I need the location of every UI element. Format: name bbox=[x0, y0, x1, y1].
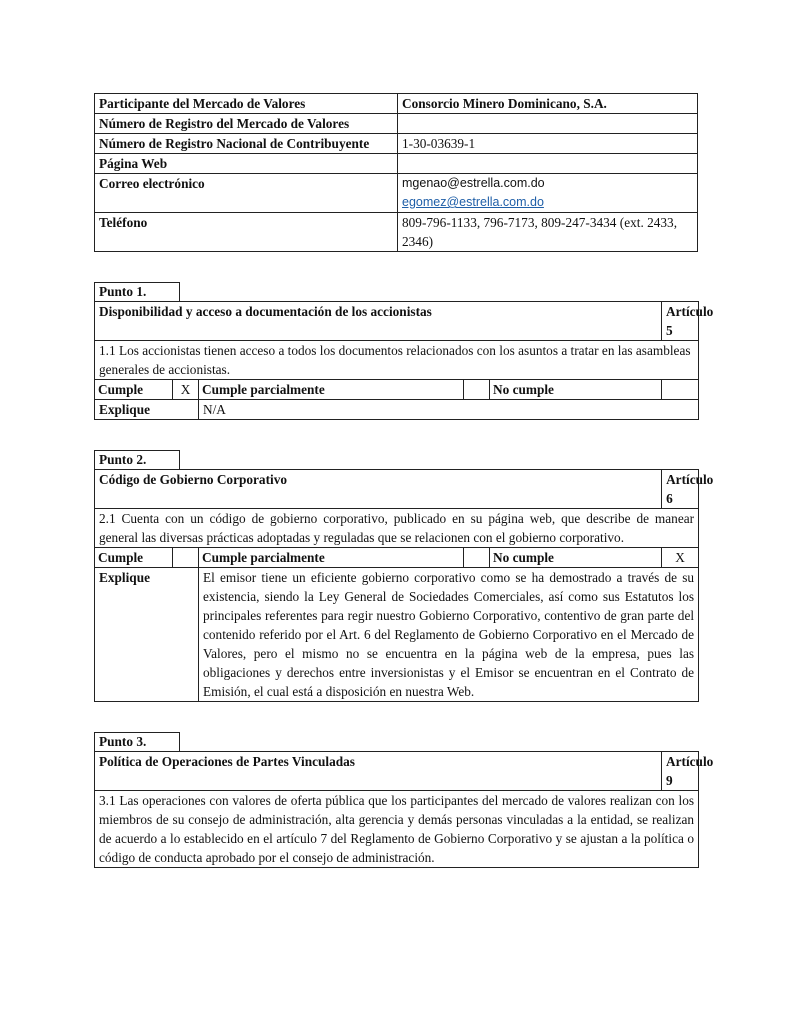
table-row: Teléfono 809-796-1133, 796-7173, 809-247… bbox=[95, 213, 698, 252]
punto-2-section: Punto 2. Código de Gobierno Corporativo … bbox=[94, 450, 698, 702]
punto-3-statement: 3.1 Las operaciones con valores de ofert… bbox=[95, 791, 699, 868]
punto-1-table: Disponibilidad y acceso a documentación … bbox=[94, 301, 699, 420]
table-row: Explique El emisor tiene un eficiente go… bbox=[95, 568, 699, 702]
punto-2-articulo: Artículo 6 bbox=[662, 470, 699, 509]
email-1: mgenao@estrella.com.do bbox=[402, 174, 693, 193]
value-rnc: 1-30-03639-1 bbox=[398, 134, 698, 154]
table-row: Participante del Mercado de Valores Cons… bbox=[95, 94, 698, 114]
table-row: 1.1 Los accionistas tienen acceso a todo… bbox=[95, 341, 699, 380]
no-cumple-label: No cumple bbox=[490, 380, 662, 400]
value-correo: mgenao@estrella.com.do egomez@estrella.c… bbox=[398, 174, 698, 213]
table-row: Número de Registro Nacional de Contribuy… bbox=[95, 134, 698, 154]
table-row: Código de Gobierno Corporativo Artículo … bbox=[95, 470, 699, 509]
email-link-2[interactable]: egomez@estrella.com.do bbox=[402, 195, 544, 209]
explique-text: El emisor tiene un eficiente gobierno co… bbox=[199, 568, 699, 702]
label-rnc: Número de Registro Nacional de Contribuy… bbox=[95, 134, 398, 154]
punto-2-table: Código de Gobierno Corporativo Artículo … bbox=[94, 469, 699, 702]
cumple-label: Cumple bbox=[95, 548, 173, 568]
parcial-label: Cumple parcialmente bbox=[199, 380, 464, 400]
value-telefono: 809-796-1133, 796-7173, 809-247-3434 (ex… bbox=[398, 213, 698, 252]
value-pagina-web bbox=[398, 154, 698, 174]
label-participante: Participante del Mercado de Valores bbox=[95, 94, 398, 114]
no-cumple-label: No cumple bbox=[490, 548, 662, 568]
punto-1-label: Punto 1. bbox=[94, 282, 180, 301]
punto-3-section: Punto 3. Política de Operaciones de Part… bbox=[94, 732, 698, 868]
punto-1-title: Disponibilidad y acceso a documentación … bbox=[95, 302, 662, 341]
no-cumple-checkbox[interactable]: X bbox=[662, 548, 699, 568]
table-row: Explique N/A bbox=[95, 400, 699, 420]
table-row: 3.1 Las operaciones con valores de ofert… bbox=[95, 791, 699, 868]
cumple-checkbox[interactable] bbox=[173, 548, 199, 568]
punto-2-statement: 2.1 Cuenta con un código de gobierno cor… bbox=[95, 509, 699, 548]
participant-info-table: Participante del Mercado de Valores Cons… bbox=[94, 93, 698, 252]
cumple-label: Cumple bbox=[95, 380, 173, 400]
value-participante: Consorcio Minero Dominicano, S.A. bbox=[398, 94, 698, 114]
label-pagina-web: Página Web bbox=[95, 154, 398, 174]
table-row: Página Web bbox=[95, 154, 698, 174]
cumple-checkbox[interactable]: X bbox=[173, 380, 199, 400]
parcial-label: Cumple parcialmente bbox=[199, 548, 464, 568]
table-row: 2.1 Cuenta con un código de gobierno cor… bbox=[95, 509, 699, 548]
parcial-checkbox[interactable] bbox=[464, 548, 490, 568]
label-registro-mercado: Número de Registro del Mercado de Valore… bbox=[95, 114, 398, 134]
no-cumple-checkbox[interactable] bbox=[662, 380, 699, 400]
table-row: Disponibilidad y acceso a documentación … bbox=[95, 302, 699, 341]
value-registro-mercado bbox=[398, 114, 698, 134]
explique-label: Explique bbox=[95, 400, 199, 420]
table-row: Cumple Cumple parcialmente No cumple X bbox=[95, 548, 699, 568]
label-correo: Correo electrónico bbox=[95, 174, 398, 213]
punto-2-label: Punto 2. bbox=[94, 450, 180, 469]
punto-1-articulo: Artículo 5 bbox=[662, 302, 699, 341]
table-row: Política de Operaciones de Partes Vincul… bbox=[95, 752, 699, 791]
table-row: Cumple X Cumple parcialmente No cumple bbox=[95, 380, 699, 400]
parcial-checkbox[interactable] bbox=[464, 380, 490, 400]
table-row: Correo electrónico mgenao@estrella.com.d… bbox=[95, 174, 698, 213]
punto-1-statement: 1.1 Los accionistas tienen acceso a todo… bbox=[95, 341, 699, 380]
punto-2-title: Código de Gobierno Corporativo bbox=[95, 470, 662, 509]
table-row: Número de Registro del Mercado de Valore… bbox=[95, 114, 698, 134]
punto-1-section: Punto 1. Disponibilidad y acceso a docum… bbox=[94, 282, 698, 420]
punto-3-title: Política de Operaciones de Partes Vincul… bbox=[95, 752, 662, 791]
punto-3-label: Punto 3. bbox=[94, 732, 180, 751]
document-page: Participante del Mercado de Valores Cons… bbox=[94, 93, 698, 868]
label-telefono: Teléfono bbox=[95, 213, 398, 252]
punto-3-table: Política de Operaciones de Partes Vincul… bbox=[94, 751, 699, 868]
punto-3-articulo: Artículo 9 bbox=[662, 752, 699, 791]
explique-label: Explique bbox=[95, 568, 199, 702]
explique-text: N/A bbox=[199, 400, 699, 420]
